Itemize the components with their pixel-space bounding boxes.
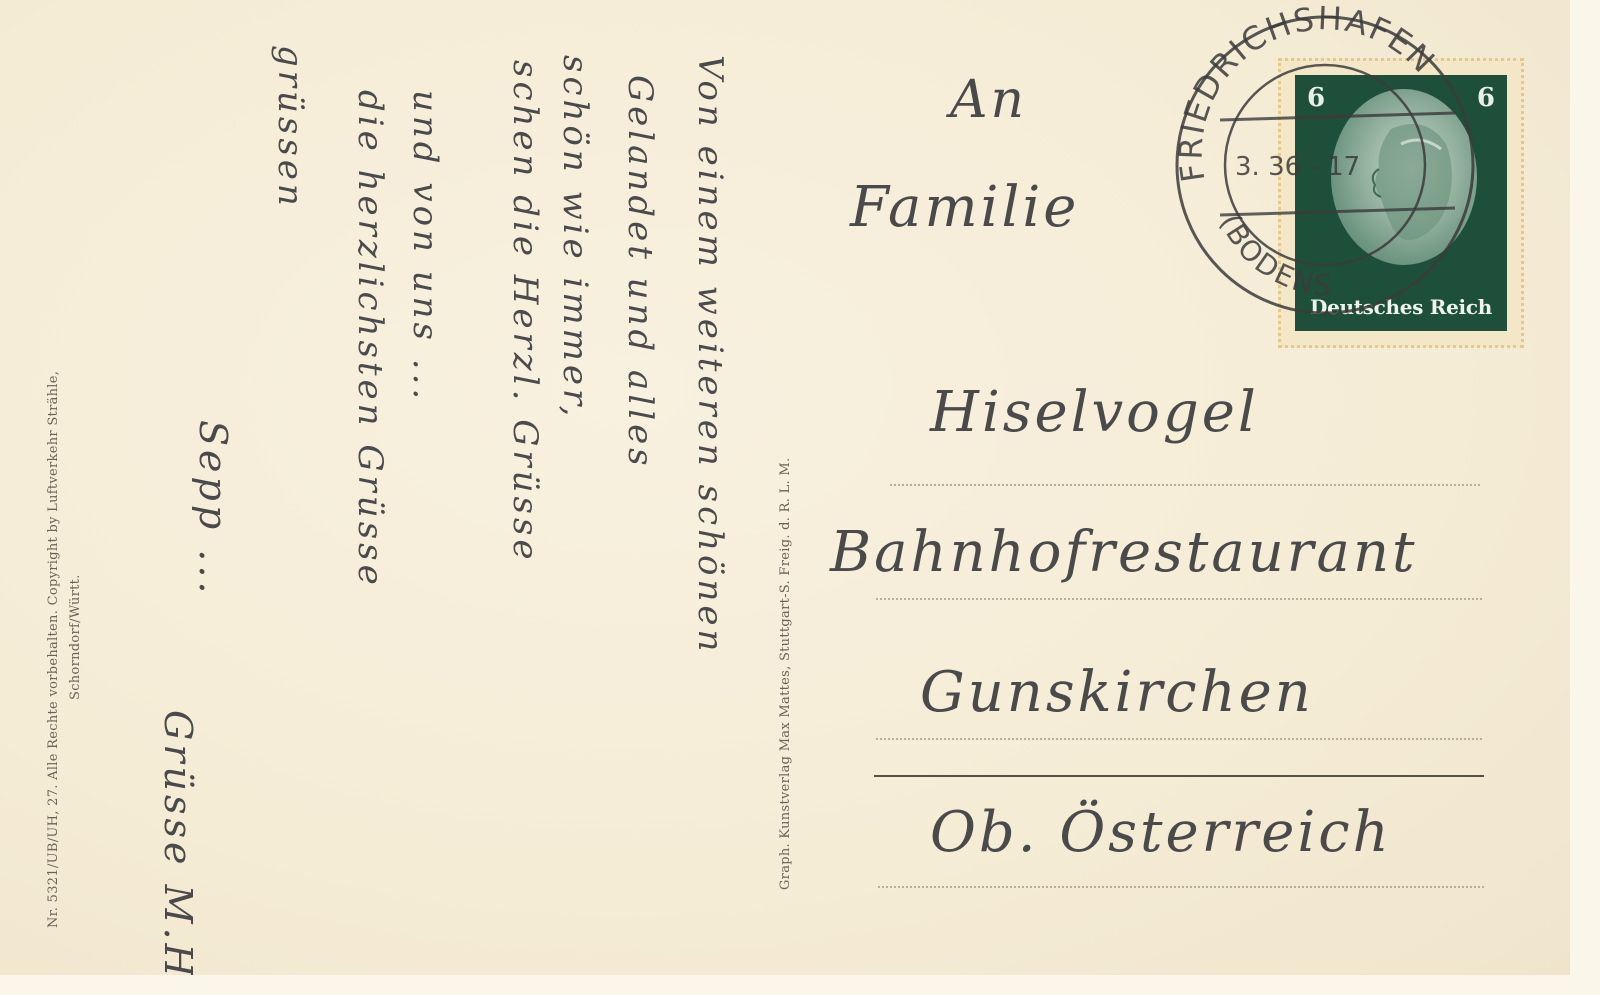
message-line: und von uns ...	[405, 90, 445, 403]
postage-stamp: 6 6 Deutsches Reich	[1278, 58, 1524, 348]
scan-border	[1570, 0, 1600, 995]
stamp-value: 6	[1477, 83, 1495, 113]
stamp-value: 6	[1307, 83, 1325, 113]
stamp-face: 6 6 Deutsches Reich	[1295, 75, 1507, 331]
address-rule	[876, 598, 1482, 600]
message-line: schön wie immer,	[555, 55, 595, 420]
message-signature: Grüsse M.H.	[156, 710, 200, 995]
scan-border	[0, 975, 1600, 995]
message-line: Von einem weiteren schönen	[690, 55, 730, 655]
publisher-imprint: Graph. Kunstverlag Max Mattes, Stuttgart…	[778, 458, 793, 890]
copyright-imprint-place: Schorndorf/Württ.	[68, 574, 83, 700]
address-line: Gunskirchen	[920, 660, 1314, 725]
copyright-imprint: Nr. 5321/UB/UH, 27. Alle Rechte vorbehal…	[46, 371, 61, 928]
address-rule-solid	[874, 775, 1484, 777]
message-line: die herzlichsten Grüsse	[350, 90, 390, 589]
message-line: schen die Herzl. Grüsse	[505, 60, 545, 564]
message-signature: Sepp ...	[191, 420, 235, 598]
message-line: grüssen	[270, 45, 310, 210]
portrait-icon	[1331, 89, 1477, 265]
address-rule	[890, 484, 1480, 486]
address-salutation: An	[950, 70, 1027, 130]
address-line: Bahnhofrestaurant	[830, 520, 1418, 585]
postcard-back: Nr. 5321/UB/UH, 27. Alle Rechte vorbehal…	[0, 0, 1570, 975]
address-rule	[878, 886, 1484, 888]
address-line: Familie	[850, 175, 1079, 240]
address-line: Hiselvogel	[930, 380, 1259, 445]
stamp-country: Deutsches Reich	[1295, 295, 1507, 319]
address-line: Ob. Österreich	[930, 800, 1392, 865]
message-line: Gelandet und alles	[620, 75, 660, 470]
address-rule	[876, 738, 1482, 740]
